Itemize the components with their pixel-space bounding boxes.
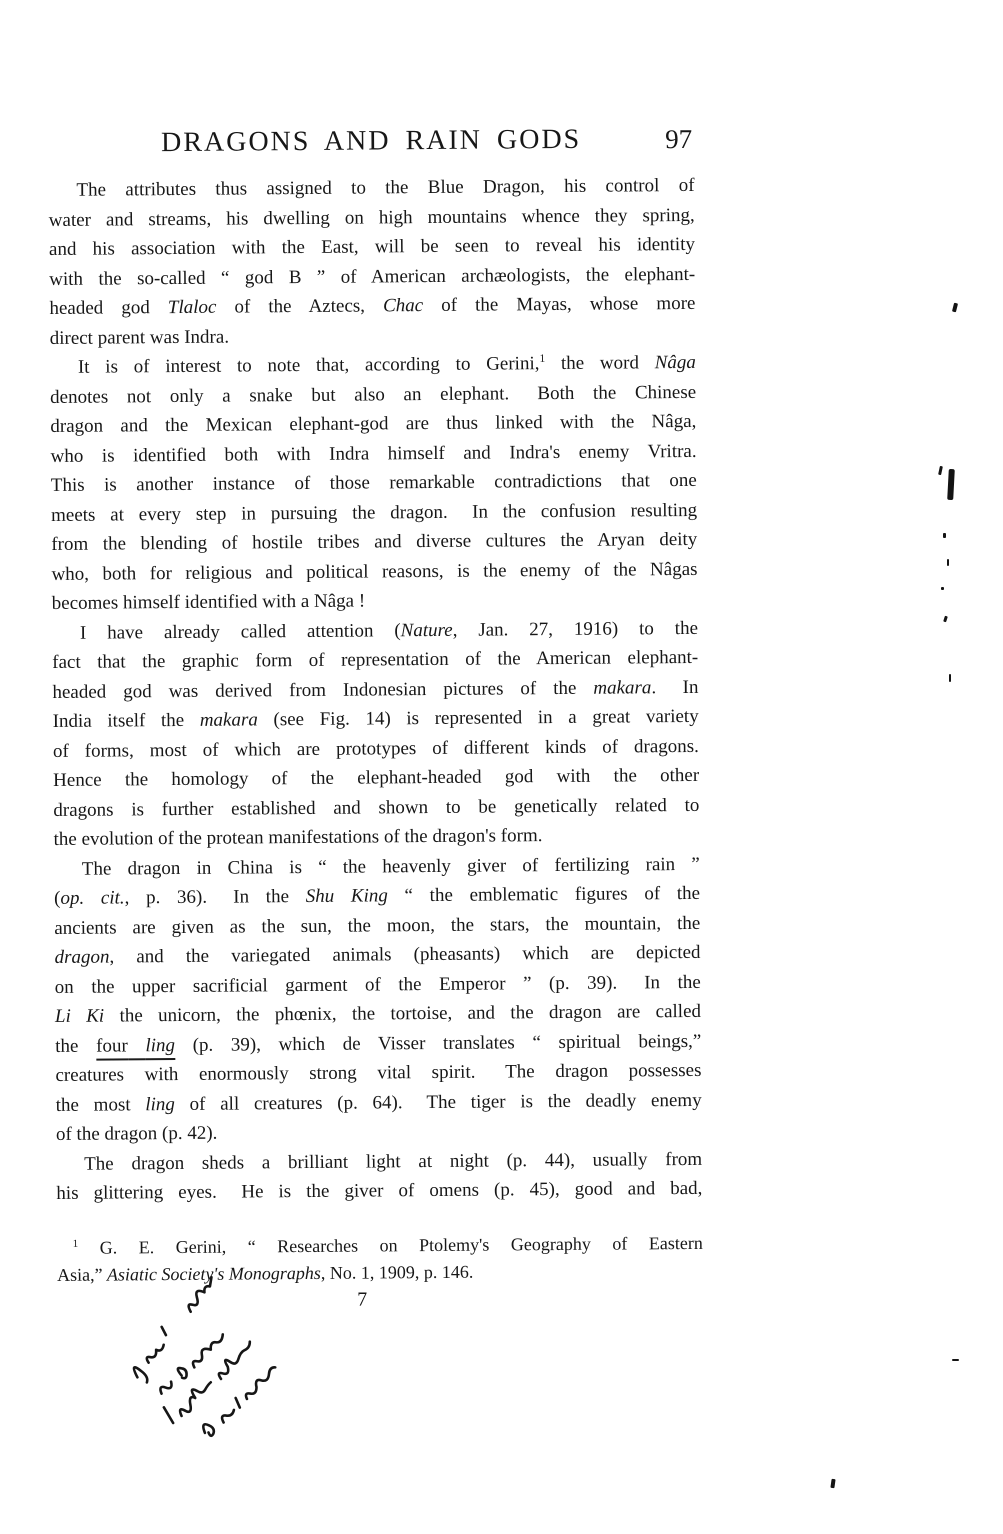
paragraph-makara: I have already called attention (Nature,… xyxy=(52,613,700,854)
text-line: 1 G. E. Gerini, “ Researches on Ptolemy'… xyxy=(57,1229,703,1261)
scan-speck xyxy=(941,587,944,590)
page-content: DRAGONS AND RAIN GODS 97 The attributes … xyxy=(48,121,703,1314)
text-line: headed god Tlaloc of the Aztecs, Chac of… xyxy=(49,289,695,324)
paragraph-blue-dragon: The attributes thus assigned to the Blue… xyxy=(48,171,695,353)
scan-speck xyxy=(830,1479,835,1488)
paragraph-dragon-light: The dragon sheds a brilliant light at ni… xyxy=(56,1144,702,1208)
text-line: The attributes thus assigned to the Blue… xyxy=(48,171,694,206)
page-header: DRAGONS AND RAIN GODS 97 xyxy=(48,121,694,162)
page-number: 97 xyxy=(665,121,692,157)
page-title: DRAGONS AND RAIN GODS xyxy=(48,121,694,162)
text-line: creatures with enormously strong vital s… xyxy=(55,1056,701,1091)
paragraph-dragon-in-china: The dragon in China is “ the heavenly gi… xyxy=(54,849,702,1149)
text-line: his glittering eyes. He is the giver of … xyxy=(56,1174,702,1209)
scanned-book-page: DRAGONS AND RAIN GODS 97 The attributes … xyxy=(0,0,1003,1534)
scan-speck xyxy=(949,674,951,682)
paragraph-naga: It is of interest to note that, accordin… xyxy=(50,348,698,619)
text-line: fact that the graphic form of representa… xyxy=(52,643,698,678)
text-line: It is of interest to note that, accordin… xyxy=(50,348,696,383)
scan-speck xyxy=(947,559,949,566)
text-line: dragon, and the variegated animals (phea… xyxy=(54,938,700,973)
scan-speck xyxy=(943,616,948,623)
scan-speck xyxy=(952,1359,959,1361)
text-line: dragon and the Mexican elephant-god are … xyxy=(50,407,696,442)
text-line: India itself the makara (see Fig. 14) is… xyxy=(53,702,699,737)
text-line: This is another instance of those remark… xyxy=(51,466,697,501)
text-line: dragons is further established and shown… xyxy=(53,790,699,825)
text-line: (op. cit., p. 36). In the Shu King “ the… xyxy=(54,879,700,914)
text-line: who, both for religious and political re… xyxy=(51,554,697,589)
signature-number: 7 xyxy=(357,1285,703,1311)
text-line: the most ling of all creatures (p. 64). … xyxy=(56,1085,702,1120)
text-line: Li Ki the unicorn, the phœnix, the torto… xyxy=(55,997,701,1032)
text-line: Hence the homology of the elephant-heade… xyxy=(53,761,699,796)
text-line: from the blending of hostile tribes and … xyxy=(51,525,697,560)
scan-speck xyxy=(943,533,946,538)
scan-speck xyxy=(938,466,943,475)
handwritten-annotation xyxy=(118,1272,348,1447)
text-line: and his association with the East, will … xyxy=(49,230,695,265)
scan-speck xyxy=(947,469,955,500)
scan-speck xyxy=(952,303,958,313)
